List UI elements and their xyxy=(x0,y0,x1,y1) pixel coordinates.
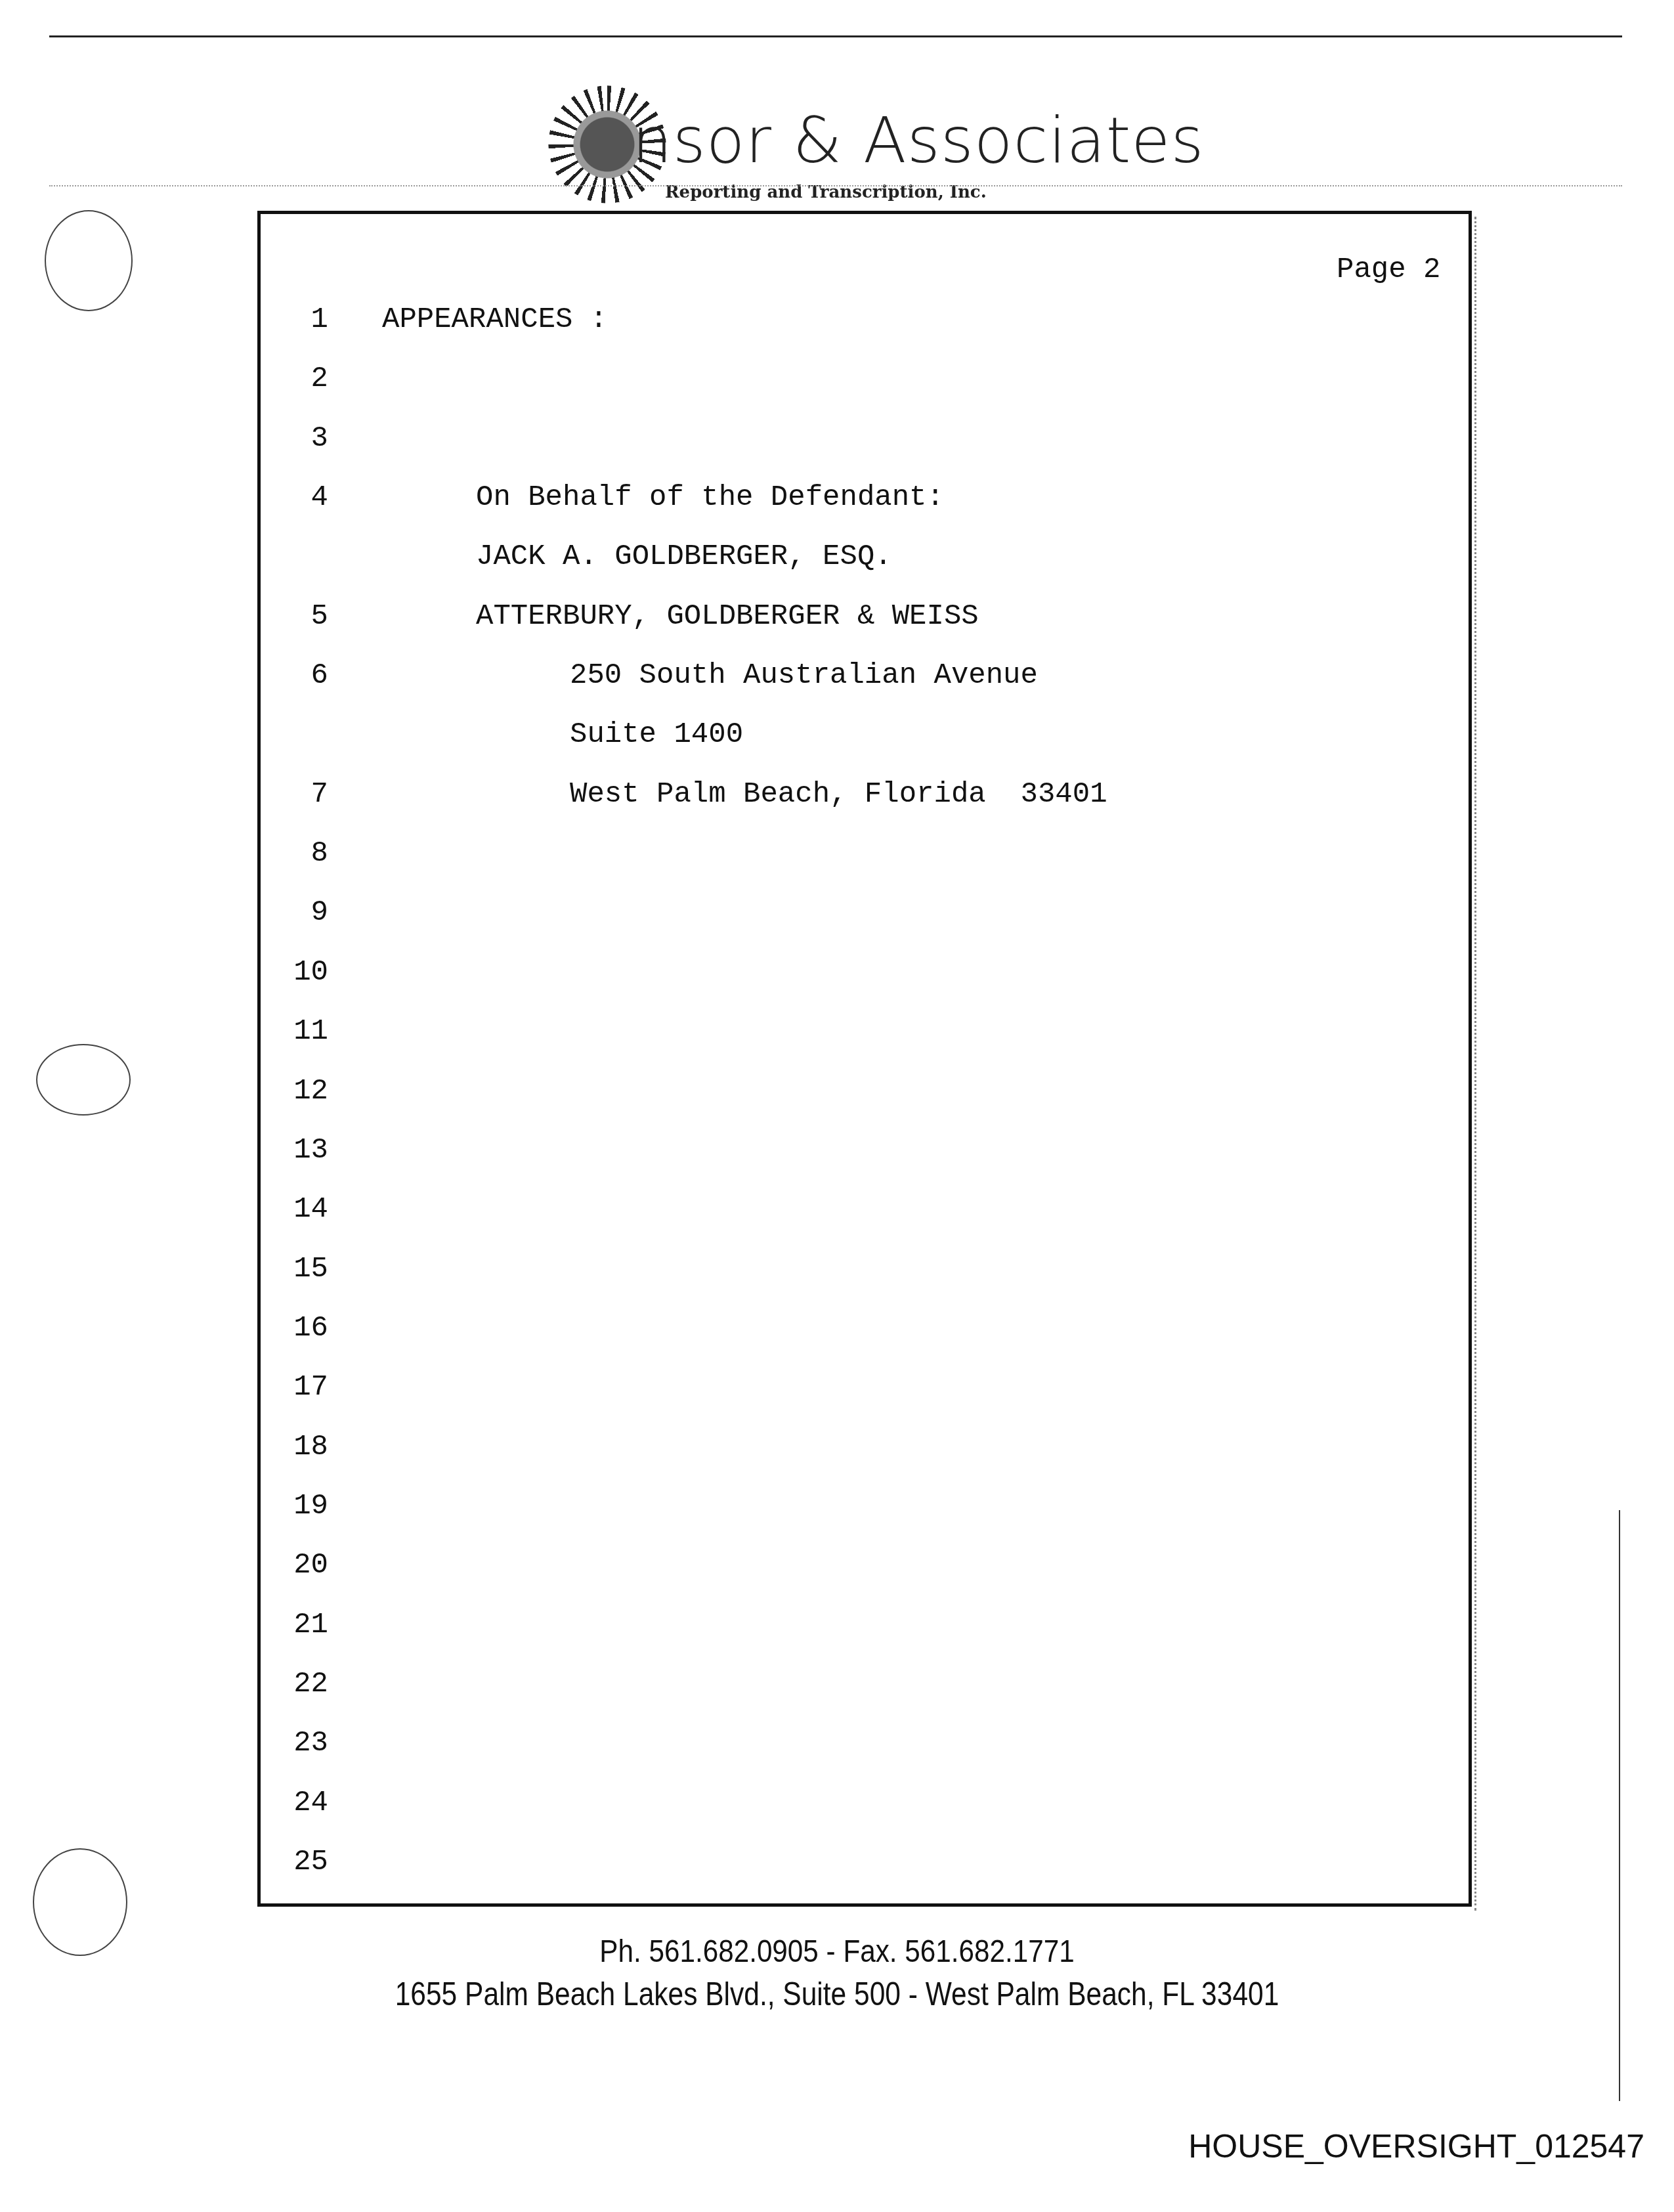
line-number: 1 xyxy=(256,303,328,336)
line-number: 3 xyxy=(256,422,328,455)
line-text: APPEARANCES : xyxy=(382,303,607,336)
line-number: 18 xyxy=(256,1431,328,1464)
line-number: 9 xyxy=(256,896,328,929)
line-text: On Behalf of the Defendant: xyxy=(476,481,944,514)
line-number: 17 xyxy=(256,1371,328,1404)
footer-phone-fax: Ph. 561.682.0905 - Fax. 561.682.1771 xyxy=(100,1934,1574,1970)
line-text: West Palm Beach, Florida 33401 xyxy=(570,778,1107,811)
line-number: 16 xyxy=(256,1312,328,1345)
scan-speckle-line xyxy=(49,185,1622,188)
line-number: 7 xyxy=(256,778,328,811)
line-number: 23 xyxy=(256,1727,328,1760)
line-number: 24 xyxy=(256,1787,328,1819)
line-text: Suite 1400 xyxy=(570,718,743,751)
line-number: 11 xyxy=(256,1015,328,1048)
line-text: 250 South Australian Avenue xyxy=(570,659,1038,692)
top-rule xyxy=(49,35,1622,37)
company-logo: nsor & Associates Reporting and Transcri… xyxy=(548,79,1126,210)
line-number: 14 xyxy=(256,1193,328,1226)
frame-edge-shadow xyxy=(1474,217,1480,1911)
line-number: 19 xyxy=(256,1490,328,1523)
line-number: 13 xyxy=(256,1134,328,1167)
line-number: 21 xyxy=(256,1609,328,1641)
transcript-page-frame xyxy=(257,211,1472,1907)
line-number: 25 xyxy=(256,1846,328,1878)
line-number: 22 xyxy=(256,1668,328,1701)
line-number: 5 xyxy=(256,600,328,633)
scan-edge-mark xyxy=(1619,1510,1620,2101)
line-number: 4 xyxy=(256,481,328,514)
line-number: 2 xyxy=(256,362,328,395)
line-number: 12 xyxy=(256,1075,328,1108)
line-number: 20 xyxy=(256,1549,328,1582)
line-number: 15 xyxy=(256,1253,328,1286)
line-text: ATTERBURY, GOLDBERGER & WEISS xyxy=(476,600,979,633)
footer-address: 1655 Palm Beach Lakes Blvd., Suite 500 -… xyxy=(125,1975,1549,2013)
line-number: 6 xyxy=(256,659,328,692)
bates-number: HOUSE_OVERSIGHT_012547 xyxy=(1188,2127,1644,2165)
line-number: 8 xyxy=(256,837,328,870)
punch-hole-middle xyxy=(36,1044,131,1116)
line-number: 10 xyxy=(256,956,328,989)
punch-hole-top xyxy=(45,210,133,311)
company-name: nsor & Associates xyxy=(632,104,1204,177)
line-text: JACK A. GOLDBERGER, ESQ. xyxy=(476,540,892,573)
page-number: Page 2 xyxy=(1337,253,1440,286)
